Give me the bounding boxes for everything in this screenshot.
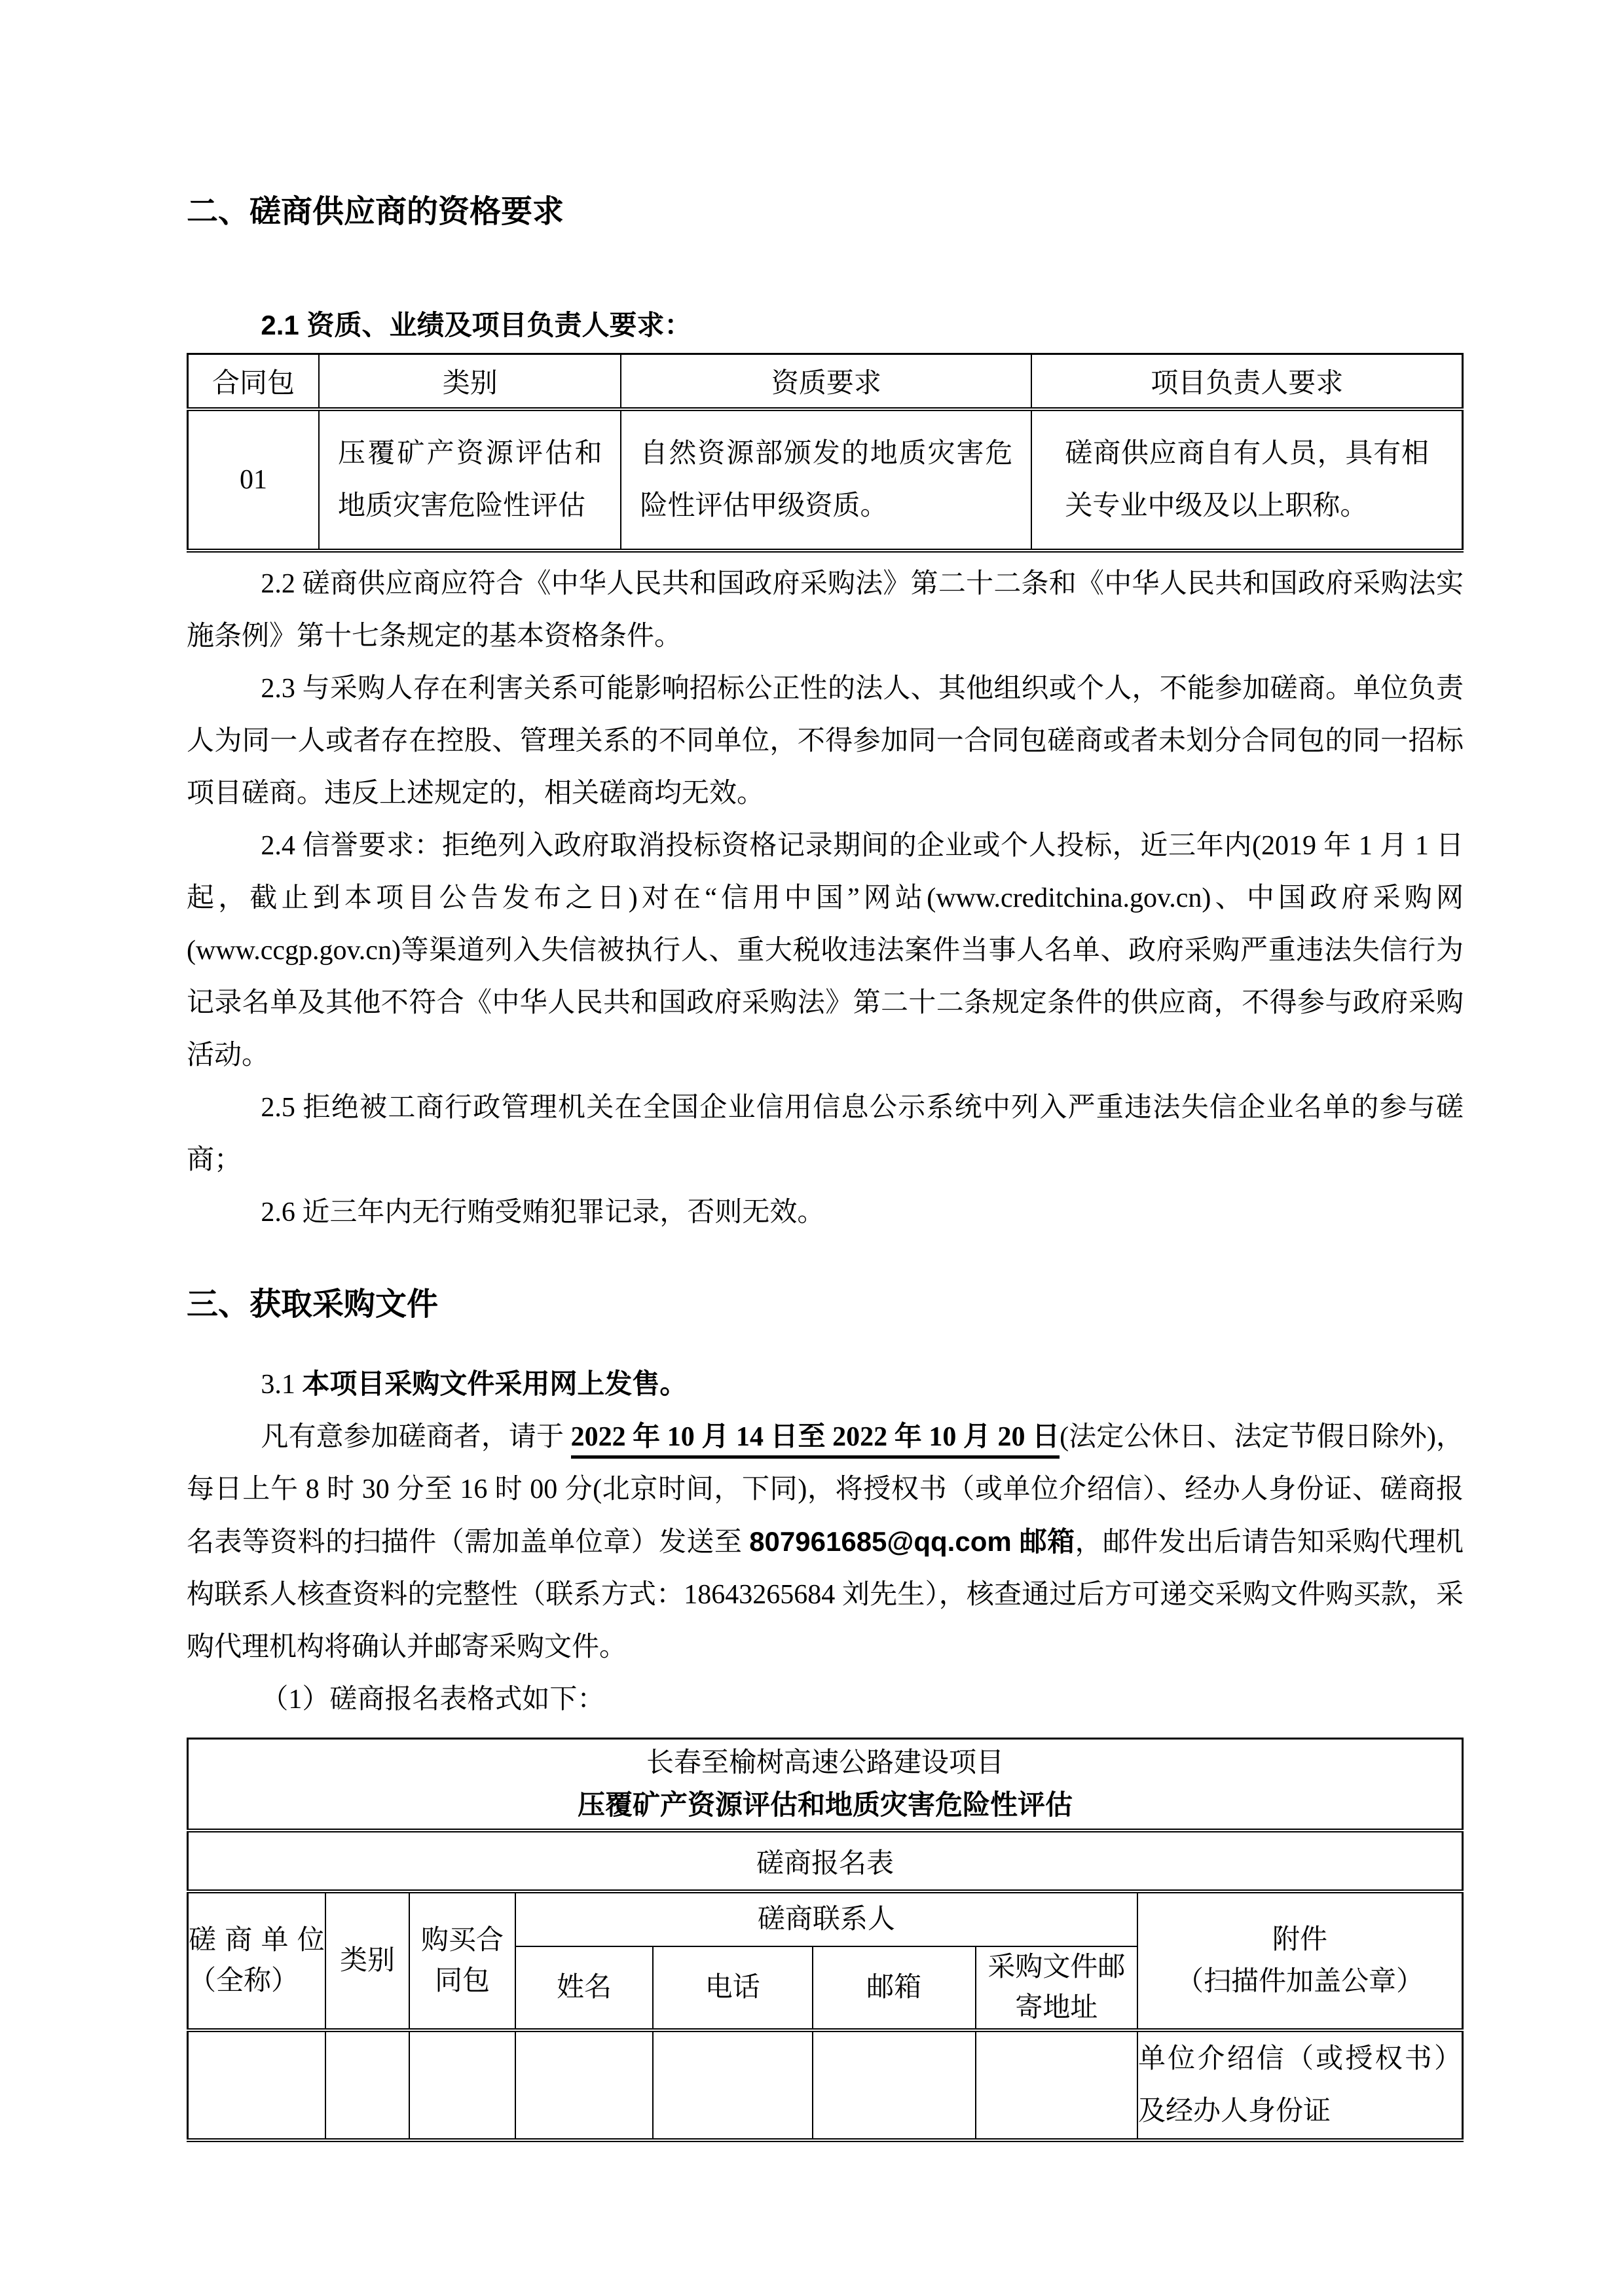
section-3-heading: 三、获取采购文件	[187, 1285, 1464, 1325]
t2-attachment-value-cell: 单位介绍信（或授权书）及经办人身份证	[1137, 2030, 1463, 2140]
t2-project-title-row: 长春至榆树高速公路建设项目 压覆矿产资源评估和地质灾害危险性评估	[188, 1739, 1463, 1831]
registration-form-table: 长春至榆树高速公路建设项目 压覆矿产资源评估和地质灾害危险性评估 磋商报名表 磋…	[187, 1738, 1464, 2142]
t2-empty-package-cell	[409, 2030, 515, 2140]
t2-project-title-cell: 长春至榆树高速公路建设项目 压覆矿产资源评估和地质灾害危险性评估	[188, 1739, 1463, 1831]
t2-empty-category-cell	[325, 2030, 410, 2140]
t2-header-category: 类别	[325, 1891, 410, 2030]
t1-cell-leader: 磋商供应商自有人员，具有相关专业中级及以上职称。	[1031, 409, 1462, 551]
attachment-label: 附件	[1138, 1919, 1462, 1961]
t2-header-unit: 磋商单位（全称）	[188, 1891, 325, 2030]
project-title-line: 长春至榆树高速公路建设项目	[189, 1742, 1462, 1784]
t2-empty-unit-cell	[188, 2030, 325, 2140]
t2-empty-name-cell	[515, 2030, 653, 2140]
t2-blank-data-row: 单位介绍信（或授权书）及经办人身份证	[188, 2030, 1463, 2140]
form-title-cell: 磋商报名表	[188, 1831, 1463, 1891]
clause-3-2: 凡有意参加磋商者，请于 2022 年 10 月 14 日至 2022 年 10 …	[187, 1411, 1464, 1673]
project-subtitle-line: 压覆矿产资源评估和地质灾害危险性评估	[189, 1784, 1462, 1826]
qualification-table-data-row: 01 压覆矿产资源评估和地质灾害危险性评估 自然资源部颁发的地质灾害危险性评估甲…	[188, 409, 1463, 551]
clause-2-1: 2.1 资质、业绩及项目负责人要求：	[187, 307, 1464, 344]
t1-header-leader: 项目负责人要求	[1031, 354, 1462, 410]
t2-header-contact-group: 磋商联系人	[515, 1891, 1137, 1946]
t1-header-qualification: 资质要求	[621, 354, 1031, 410]
t2-header-row-1: 磋商单位（全称） 类别 购买合同包 磋商联系人 附件 （扫描件加盖公章）	[188, 1891, 1463, 1946]
t2-form-title-row: 磋商报名表	[188, 1831, 1463, 1891]
t2-header-mail-address: 采购文件邮寄地址	[976, 1946, 1137, 2030]
t1-cell-package: 01	[188, 409, 320, 551]
qualification-table: 合同包 类别 资质要求 项目负责人要求 01 压覆矿产资源评估和地质灾害危险性评…	[187, 353, 1464, 553]
t1-cell-category: 压覆矿产资源评估和地质灾害危险性评估	[319, 409, 621, 551]
t2-empty-phone-cell	[653, 2030, 812, 2140]
clause-2-3: 2.3 与采购人存在利害关系可能影响招标公正性的法人、其他组织或个人，不能参加磋…	[187, 663, 1464, 820]
attachment-note: （扫描件加盖公章）	[1138, 1961, 1462, 2003]
clause-2-2: 2.2 磋商供应商应符合《中华人民共和国政府采购法》第二十二条和《中华人民共和国…	[187, 558, 1464, 663]
clause-2-5: 2.5 拒绝被工商行政管理机关在全国企业信用信息公示系统中列入严重违法失信企业名…	[187, 1082, 1464, 1186]
t1-header-category: 类别	[319, 354, 621, 410]
clause-2-4: 2.4 信誉要求：拒绝列入政府取消投标资格记录期间的企业或个人投标，近三年内(2…	[187, 820, 1464, 1082]
section-2-heading: 二、磋商供应商的资格要求	[187, 192, 1464, 232]
t2-header-phone: 电话	[653, 1946, 812, 2030]
t2-empty-address-cell	[976, 2030, 1137, 2140]
t2-header-attachment: 附件 （扫描件加盖公章）	[1137, 1891, 1463, 2030]
clause-3-1: 3.1 本项目采购文件采用网上发售。	[187, 1358, 1464, 1411]
qualification-table-header-row: 合同包 类别 资质要求 项目负责人要求	[188, 354, 1463, 410]
document-page: 二、磋商供应商的资格要求 2.1 资质、业绩及项目负责人要求： 合同包 类别 资…	[0, 0, 1624, 2296]
t2-header-package: 购买合同包	[409, 1891, 515, 2030]
t2-empty-email-cell	[813, 2030, 976, 2140]
t2-header-name: 姓名	[515, 1946, 653, 2030]
t1-cell-qualification: 自然资源部颁发的地质灾害危险性评估甲级资质。	[621, 409, 1031, 551]
clause-2-6: 2.6 近三年内无行贿受贿犯罪记录，否则无效。	[187, 1186, 1464, 1239]
registration-form-note: （1）磋商报名表格式如下：	[187, 1673, 1464, 1726]
t2-header-email: 邮箱	[813, 1946, 976, 2030]
t1-header-package: 合同包	[188, 354, 320, 410]
